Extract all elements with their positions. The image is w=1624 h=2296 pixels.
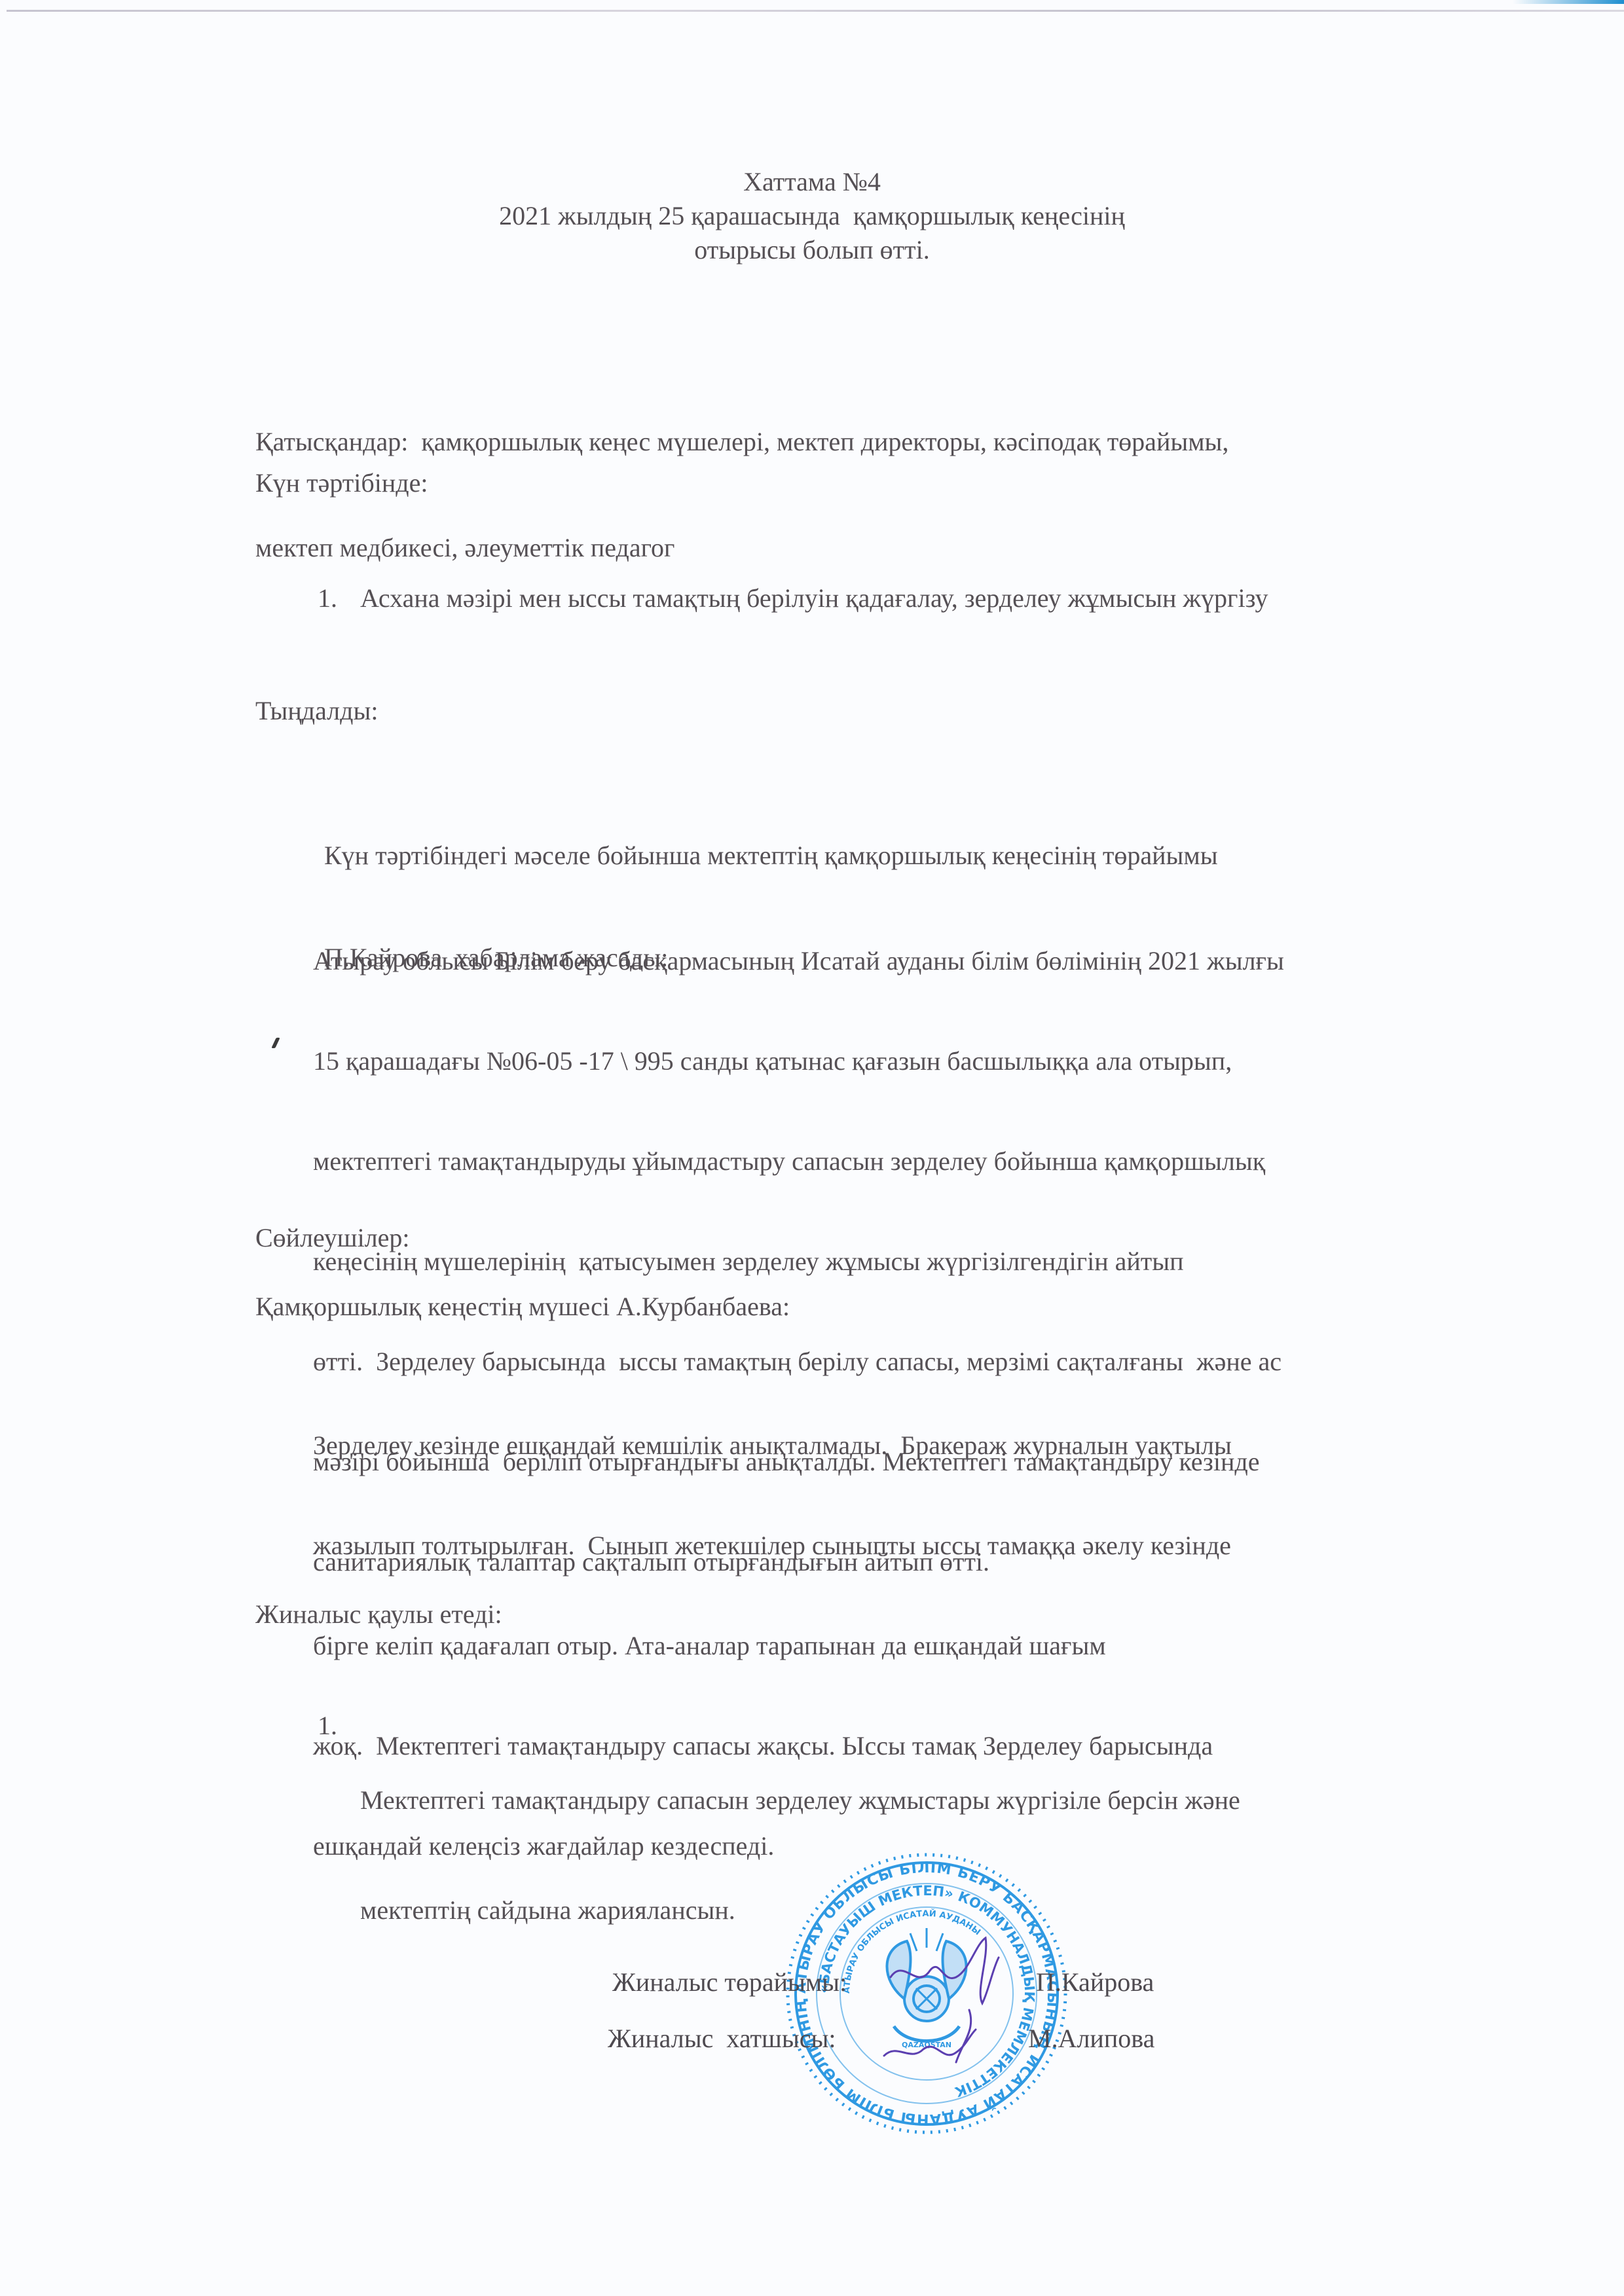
document-subtitle-line2: отырысы болып өтті.: [0, 233, 1624, 267]
resolution-line: Мектептегі тамақтандыру сапасын зерделеу…: [360, 1782, 1240, 1819]
agenda-heading: Күн тәртібінде:: [255, 466, 428, 500]
agenda-item-number: 1.: [318, 581, 337, 615]
scan-edge-line: [7, 10, 1624, 12]
heard-heading: Тыңдалды:: [255, 694, 378, 728]
signature-scribble-icon: [877, 1931, 1048, 2102]
heard-body-line: мектептегі тамақтандыруды ұйымдастыру са…: [313, 1144, 1284, 1178]
speakers-heading: Сөйлеушілер:: [255, 1221, 410, 1255]
chair-signature-label: Жиналыс төрайымы:: [612, 1965, 847, 1999]
speaker-name: Қамқоршылық кеңестің мүшесі А.Курбанбаев…: [255, 1290, 790, 1324]
speech-line: бірге келіп қадағалап отыр. Ата-аналар т…: [313, 1629, 1232, 1662]
secretary-signature-label: Жиналыс хатшысы:: [608, 2022, 836, 2056]
participants-line1: Қатысқандар: қамқоршылық кеңес мүшелері,…: [255, 425, 1228, 459]
heard-body-line: кеңесінің мүшелерінің қатысуымен зерделе…: [313, 1245, 1284, 1278]
scan-edge-tint: [1513, 0, 1624, 4]
heard-body-line: 15 қарашадағы №06-05 -17 \ 995 санды қат…: [313, 1044, 1284, 1078]
margin-mark: [271, 1038, 280, 1048]
document-header: Хаттама №4 2021 жылдың 25 қарашасында қа…: [0, 165, 1624, 267]
document-subtitle-line1: 2021 жылдың 25 қарашасында қамқоршылық к…: [0, 199, 1624, 233]
chair-name: П.Кайрова: [1036, 1965, 1154, 1999]
agenda-item-text: Асхана мәзірі мен ыссы тамақтың берілуін…: [360, 581, 1268, 615]
document-page: Хаттама №4 2021 жылдың 25 қарашасында қа…: [0, 0, 1624, 2296]
resolution-item-number: 1.: [318, 1709, 337, 1743]
speech-line: жазылып толтырылған. Сынып жетекшілер сы…: [313, 1529, 1232, 1562]
resolution-heading: Жиналыс қаулы етеді:: [255, 1597, 502, 1631]
document-title: Хаттама №4: [0, 165, 1624, 199]
participants-line2: мектеп медбикесі, әлеуметтік педагог: [255, 531, 1228, 565]
heard-intro-line: Күн тәртібіндегі мәселе бойынша мектепті…: [324, 839, 1218, 873]
handwritten-signatures: [877, 1931, 1048, 2102]
speech-line: Зерделеу кезінде ешқандай кемшілік анықт…: [313, 1429, 1232, 1462]
heard-body-line: Атырау облысы Білім беру басқармасының И…: [313, 944, 1284, 977]
